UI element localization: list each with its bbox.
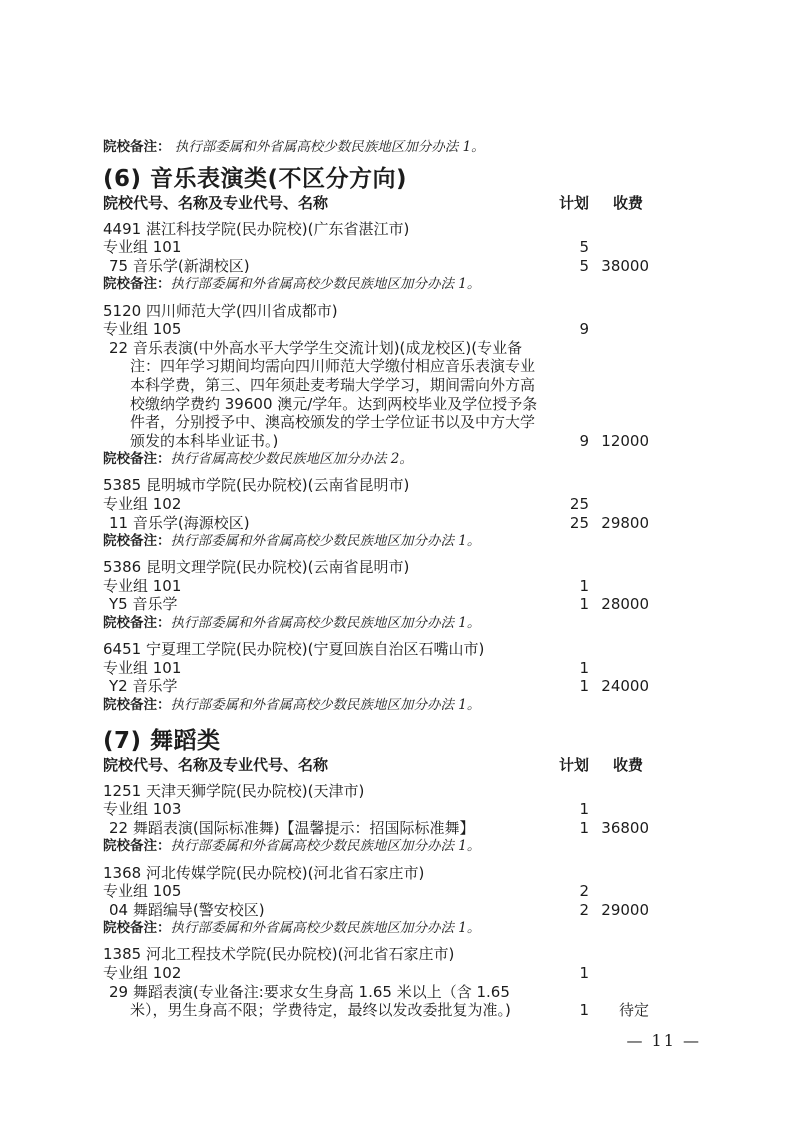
major-group-name: 专业组 102 [103,495,547,514]
remark-text: 执行部委属和外省属高校少数民族地区加分办法 1。 [175,139,485,155]
plan-value: 1 [547,659,589,678]
major-group-row: 专业组 1052 [103,882,649,901]
major-row: Y5 音乐学128000 [103,595,649,614]
section: (7) 舞蹈类院校代号、名称及专业代号、名称计划收费1251 天津天狮学院(民办… [103,728,649,1020]
remark-text: 执行部委属和外省属高校少数民族地区加分办法 1。 [171,697,481,713]
major-row: Y2 音乐学124000 [103,677,649,696]
remark-label: 院校备注： [103,533,171,549]
plan-value: 9 [547,432,589,451]
column-header-plan: 计划 [547,194,589,213]
column-header-plan: 计划 [547,756,589,775]
table-header-row: 院校代号、名称及专业代号、名称计划收费 [103,194,649,213]
remark-label: 院校备注： [103,615,171,631]
college-remark: 院校备注：执行部委属和外省属高校少数民族地区加分办法 1。 [103,919,649,938]
major-name: 75 音乐学(新湖校区) [103,257,547,276]
remark-text: 执行部委属和外省属高校少数民族地区加分办法 1。 [171,276,481,292]
plan-value: 2 [547,901,589,920]
document-content: 院校备注： 执行部委属和外省属高校少数民族地区加分办法 1。 (6) 音乐表演类… [103,138,649,1020]
major-group-name: 专业组 101 [103,659,547,678]
major-group-row: 专业组 1011 [103,577,649,596]
fee-value: 29800 [589,514,649,533]
major-name: 22 音乐表演(中外高水平大学学生交流计划)(成龙校区)(专业备注：四年学习期间… [103,339,547,451]
plan-value: 2 [547,882,589,901]
plan-value: 25 [547,514,589,533]
fee-value: 28000 [589,595,649,614]
plan-value: 5 [547,238,589,257]
college-name: 4491 湛江科技学院(民办院校)(广东省湛江市) [103,220,649,239]
major-row: 11 音乐学(海源校区)2529800 [103,514,649,533]
college-remark: 院校备注：执行部委属和外省属高校少数民族地区加分办法 1。 [103,837,649,856]
table-header-row: 院校代号、名称及专业代号、名称计划收费 [103,756,649,775]
major-row: 29 舞蹈表演(专业备注:要求女生身高 1.65 米以上（含 1.65 米），男… [103,983,649,1020]
college-remark: 院校备注：执行部委属和外省属高校少数民族地区加分办法 1。 [103,696,649,715]
college-remark: 院校备注：执行部委属和外省属高校少数民族地区加分办法 1。 [103,275,649,294]
major-group-row: 专业组 1015 [103,238,649,257]
plan-value: 1 [547,1001,589,1020]
sections: (6) 音乐表演类(不区分方向)院校代号、名称及专业代号、名称计划收费4491 … [103,166,649,1020]
remark-label: 院校备注： [103,276,171,292]
remark-text: 执行部委属和外省属高校少数民族地区加分办法 1。 [171,533,481,549]
college-name: 5386 昆明文理学院(民办院校)(云南省昆明市) [103,558,649,577]
plan-value: 1 [547,677,589,696]
major-name: 29 舞蹈表演(专业备注:要求女生身高 1.65 米以上（含 1.65 米），男… [103,983,547,1020]
fee-value: 24000 [589,677,649,696]
column-header-fee: 收费 [589,756,649,775]
plan-value: 25 [547,495,589,514]
plan-value: 1 [547,964,589,983]
major-row: 22 舞蹈表演(国际标准舞)【温馨提示：招国际标准舞】136800 [103,819,649,838]
college-name: 1368 河北传媒学院(民办院校)(河北省石家庄市) [103,864,649,883]
major-name: Y5 音乐学 [103,595,547,614]
major-row: 04 舞蹈编导(警安校区)229000 [103,901,649,920]
remark-text: 执行省属高校少数民族地区加分办法 2。 [171,451,413,467]
major-name: 04 舞蹈编导(警安校区) [103,901,547,920]
college-remark: 院校备注：执行部委属和外省属高校少数民族地区加分办法 1。 [103,614,649,633]
major-name: Y2 音乐学 [103,677,547,696]
major-group-name: 专业组 101 [103,577,547,596]
plan-value: 1 [547,819,589,838]
column-header-fee: 收费 [589,194,649,213]
major-row: 22 音乐表演(中外高水平大学学生交流计划)(成龙校区)(专业备注：四年学习期间… [103,339,649,451]
fee-value: 待定 [589,1001,649,1020]
column-header-name: 院校代号、名称及专业代号、名称 [103,756,547,775]
remark-text: 执行部委属和外省属高校少数民族地区加分办法 1。 [171,615,481,631]
college-block: 4491 湛江科技学院(民办院校)(广东省湛江市)专业组 101575 音乐学(… [103,220,649,294]
college-block: 1385 河北工程技术学院(民办院校)(河北省石家庄市)专业组 102129 舞… [103,945,649,1019]
plan-value: 1 [547,577,589,596]
major-name: 11 音乐学(海源校区) [103,514,547,533]
plan-value: 9 [547,320,589,339]
remark-label: 院校备注： [103,697,171,713]
college-block: 5385 昆明城市学院(民办院校)(云南省昆明市)专业组 1022511 音乐学… [103,476,649,550]
fee-value: 29000 [589,901,649,920]
major-name: 22 舞蹈表演(国际标准舞)【温馨提示：招国际标准舞】 [103,819,547,838]
major-group-row: 专业组 10225 [103,495,649,514]
college-remark: 院校备注：执行部委属和外省属高校少数民族地区加分办法 1。 [103,532,649,551]
college-name: 5385 昆明城市学院(民办院校)(云南省昆明市) [103,476,649,495]
page-number: — 11 — [626,1031,701,1050]
plan-value: 1 [547,595,589,614]
major-group-name: 专业组 105 [103,882,547,901]
major-group-row: 专业组 1059 [103,320,649,339]
plan-value: 5 [547,257,589,276]
major-group-row: 专业组 1021 [103,964,649,983]
major-group-name: 专业组 102 [103,964,547,983]
remark-label: 院校备注： [103,139,171,155]
remark-label: 院校备注： [103,838,171,854]
college-remark: 院校备注： 执行部委属和外省属高校少数民族地区加分办法 1。 [103,138,649,157]
major-group-name: 专业组 101 [103,238,547,257]
college-remark: 院校备注：执行省属高校少数民族地区加分办法 2。 [103,450,649,469]
major-group-name: 专业组 103 [103,800,547,819]
college-name: 1251 天津天狮学院(民办院校)(天津市) [103,782,649,801]
major-group-row: 专业组 1011 [103,659,649,678]
college-block: 5386 昆明文理学院(民办院校)(云南省昆明市)专业组 1011Y5 音乐学1… [103,558,649,632]
college-block: 1251 天津天狮学院(民办院校)(天津市)专业组 103122 舞蹈表演(国际… [103,782,649,856]
remark-text: 执行部委属和外省属高校少数民族地区加分办法 1。 [171,838,481,854]
major-group-name: 专业组 105 [103,320,547,339]
section: (6) 音乐表演类(不区分方向)院校代号、名称及专业代号、名称计划收费4491 … [103,166,649,715]
major-row: 75 音乐学(新湖校区)538000 [103,257,649,276]
document-page: 院校备注： 执行部委属和外省属高校少数民族地区加分办法 1。 (6) 音乐表演类… [0,0,793,1122]
section-title: (6) 音乐表演类(不区分方向) [103,166,649,193]
section-title: (7) 舞蹈类 [103,728,649,755]
remark-text: 执行部委属和外省属高校少数民族地区加分办法 1。 [171,920,481,936]
college-block: 1368 河北传媒学院(民办院校)(河北省石家庄市)专业组 105204 舞蹈编… [103,864,649,938]
fee-value: 36800 [589,819,649,838]
fee-value: 38000 [589,257,649,276]
fee-value: 12000 [589,432,649,451]
college-block: 6451 宁夏理工学院(民办院校)(宁夏回族自治区石嘴山市)专业组 1011Y2… [103,640,649,714]
major-group-row: 专业组 1031 [103,800,649,819]
remark-label: 院校备注： [103,920,171,936]
college-block: 5120 四川师范大学(四川省成都市)专业组 105922 音乐表演(中外高水平… [103,302,649,469]
college-name: 1385 河北工程技术学院(民办院校)(河北省石家庄市) [103,945,649,964]
remark-label: 院校备注： [103,451,171,467]
college-name: 5120 四川师范大学(四川省成都市) [103,302,649,321]
column-header-name: 院校代号、名称及专业代号、名称 [103,194,547,213]
college-name: 6451 宁夏理工学院(民办院校)(宁夏回族自治区石嘴山市) [103,640,649,659]
plan-value: 1 [547,800,589,819]
